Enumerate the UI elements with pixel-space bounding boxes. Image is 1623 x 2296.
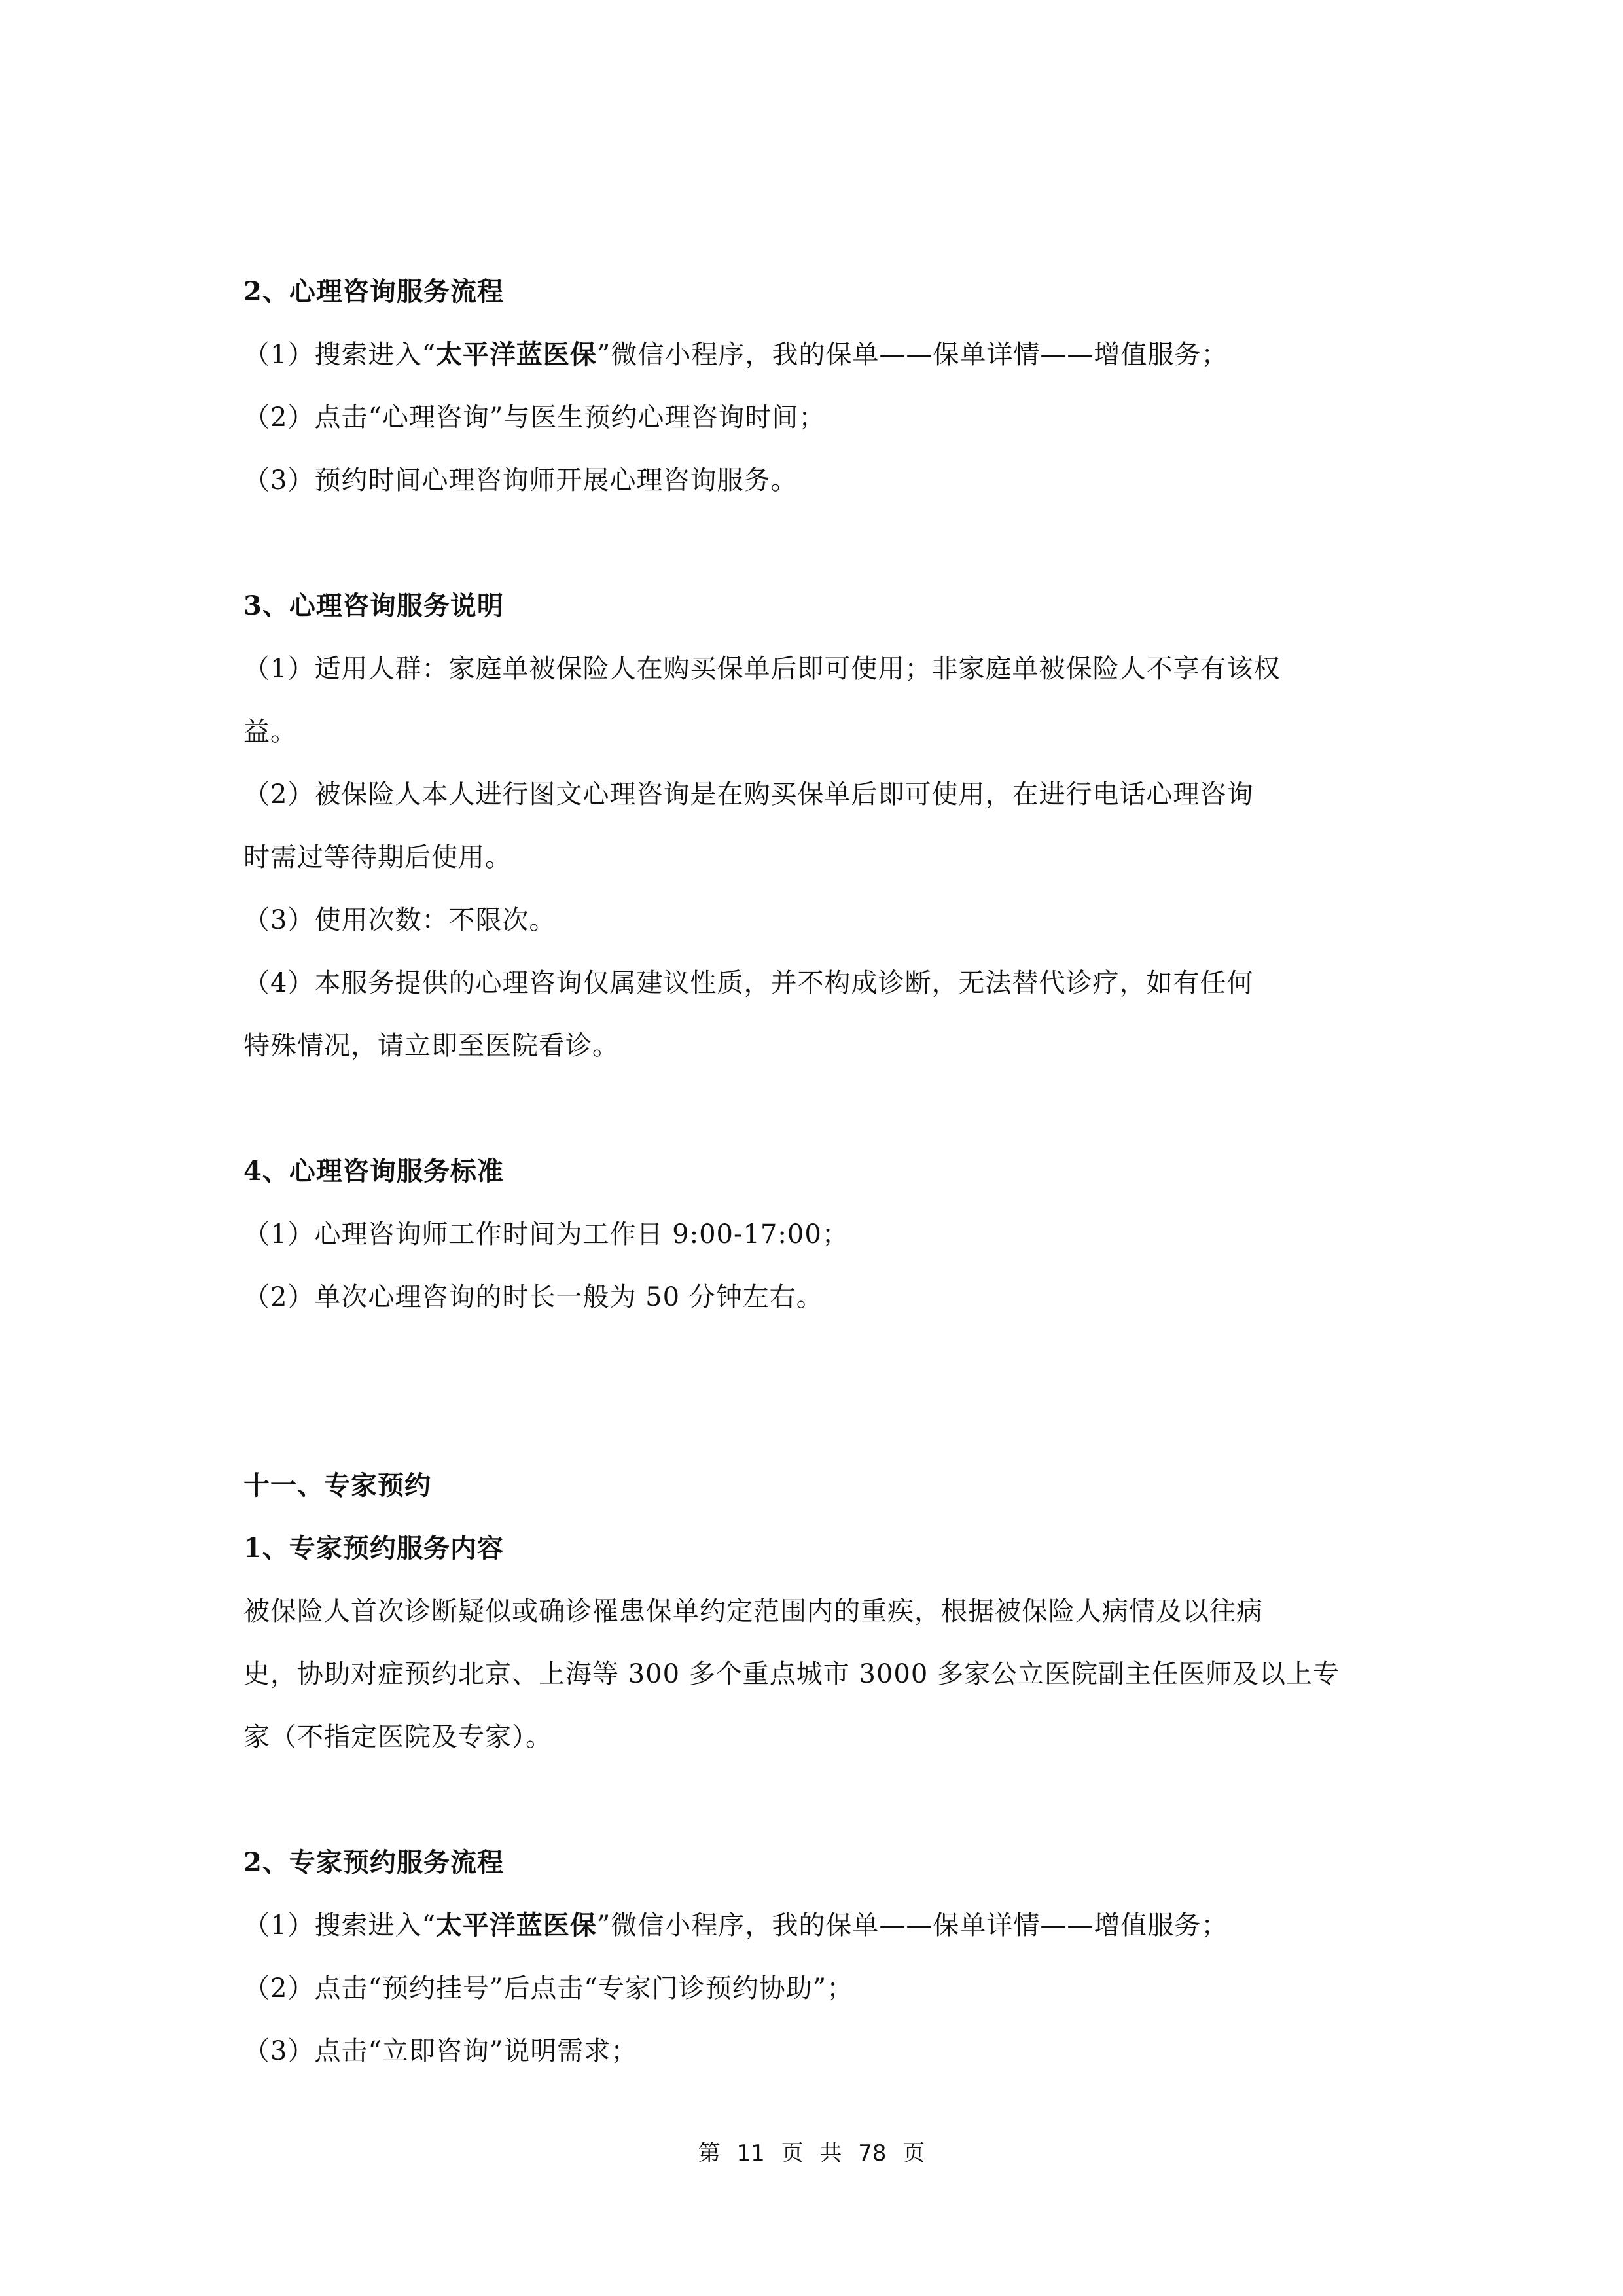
paragraph-line: 史，协助对症预约北京、上海等 300 多个重点城市 3000 多家公立医院副主任… bbox=[243, 1659, 1340, 1690]
section-heading: 2、专家预约服务流程 bbox=[243, 1847, 504, 1878]
app-name: 太平洋蓝医保 bbox=[436, 339, 597, 370]
paragraph-line: 特殊情况，请立即至医院看诊。 bbox=[243, 1030, 619, 1062]
text: ”微信小程序，我的保单——保单详情——增值服务； bbox=[597, 1910, 1228, 1941]
list-item: （3）预约时间心理咨询师开展心理咨询服务。 bbox=[243, 465, 797, 496]
paragraph-line: 时需过等待期后使用。 bbox=[243, 842, 512, 873]
chapter-heading: 十一、专家预约 bbox=[243, 1470, 431, 1501]
list-item: （1）搜索进入“太平洋蓝医保”微信小程序，我的保单——保单详情——增值服务； bbox=[243, 1910, 1228, 1941]
app-name: 太平洋蓝医保 bbox=[436, 1910, 597, 1941]
section-heading: 2、心理咨询服务流程 bbox=[243, 276, 504, 308]
paragraph-line: 被保险人首次诊断疑似或确诊罹患保单约定范围内的重疾，根据被保险人病情及以往病 bbox=[243, 1596, 1263, 1627]
paragraph-line: （2）被保险人本人进行图文心理咨询是在购买保单后即可使用，在进行电话心理咨询 bbox=[243, 779, 1253, 810]
list-item: （1）搜索进入“太平洋蓝医保”微信小程序，我的保单——保单详情——增值服务； bbox=[243, 339, 1228, 370]
list-item: （2）点击“心理咨询”与医生预约心理咨询时间； bbox=[243, 402, 825, 433]
paragraph-line: 家（不指定医院及专家）。 bbox=[243, 1721, 552, 1753]
page-footer: 第 11 页 共 78 页 bbox=[0, 2135, 1623, 2167]
list-item: （3）点击“立即咨询”说明需求； bbox=[243, 2036, 637, 2067]
section-heading: 3、心理咨询服务说明 bbox=[243, 590, 504, 622]
text: （1）搜索进入“ bbox=[243, 1910, 436, 1941]
paragraph-line: （3）使用次数：不限次。 bbox=[243, 905, 556, 936]
text: （1）搜索进入“ bbox=[243, 340, 436, 370]
list-item: （2）点击“预约挂号”后点击“专家门诊预约协助”； bbox=[243, 1973, 853, 2004]
list-item: （1）心理咨询师工作时间为工作日 9:00-17:00； bbox=[243, 1219, 849, 1250]
paragraph-line: （4）本服务提供的心理咨询仅属建议性质，并不构成诊断，无法替代诊疗，如有任何 bbox=[243, 967, 1253, 999]
section-heading: 4、心理咨询服务标准 bbox=[243, 1156, 504, 1187]
text: ”微信小程序，我的保单——保单详情——增值服务； bbox=[597, 340, 1228, 370]
list-item: （2）单次心理咨询的时长一般为 50 分钟左右。 bbox=[243, 1282, 823, 1313]
section-heading: 1、专家预约服务内容 bbox=[243, 1533, 504, 1564]
paragraph-line: （1）适用人群：家庭单被保险人在购买保单后即可使用；非家庭单被保险人不享有该权 bbox=[243, 653, 1280, 685]
paragraph-line: 益。 bbox=[243, 716, 297, 747]
